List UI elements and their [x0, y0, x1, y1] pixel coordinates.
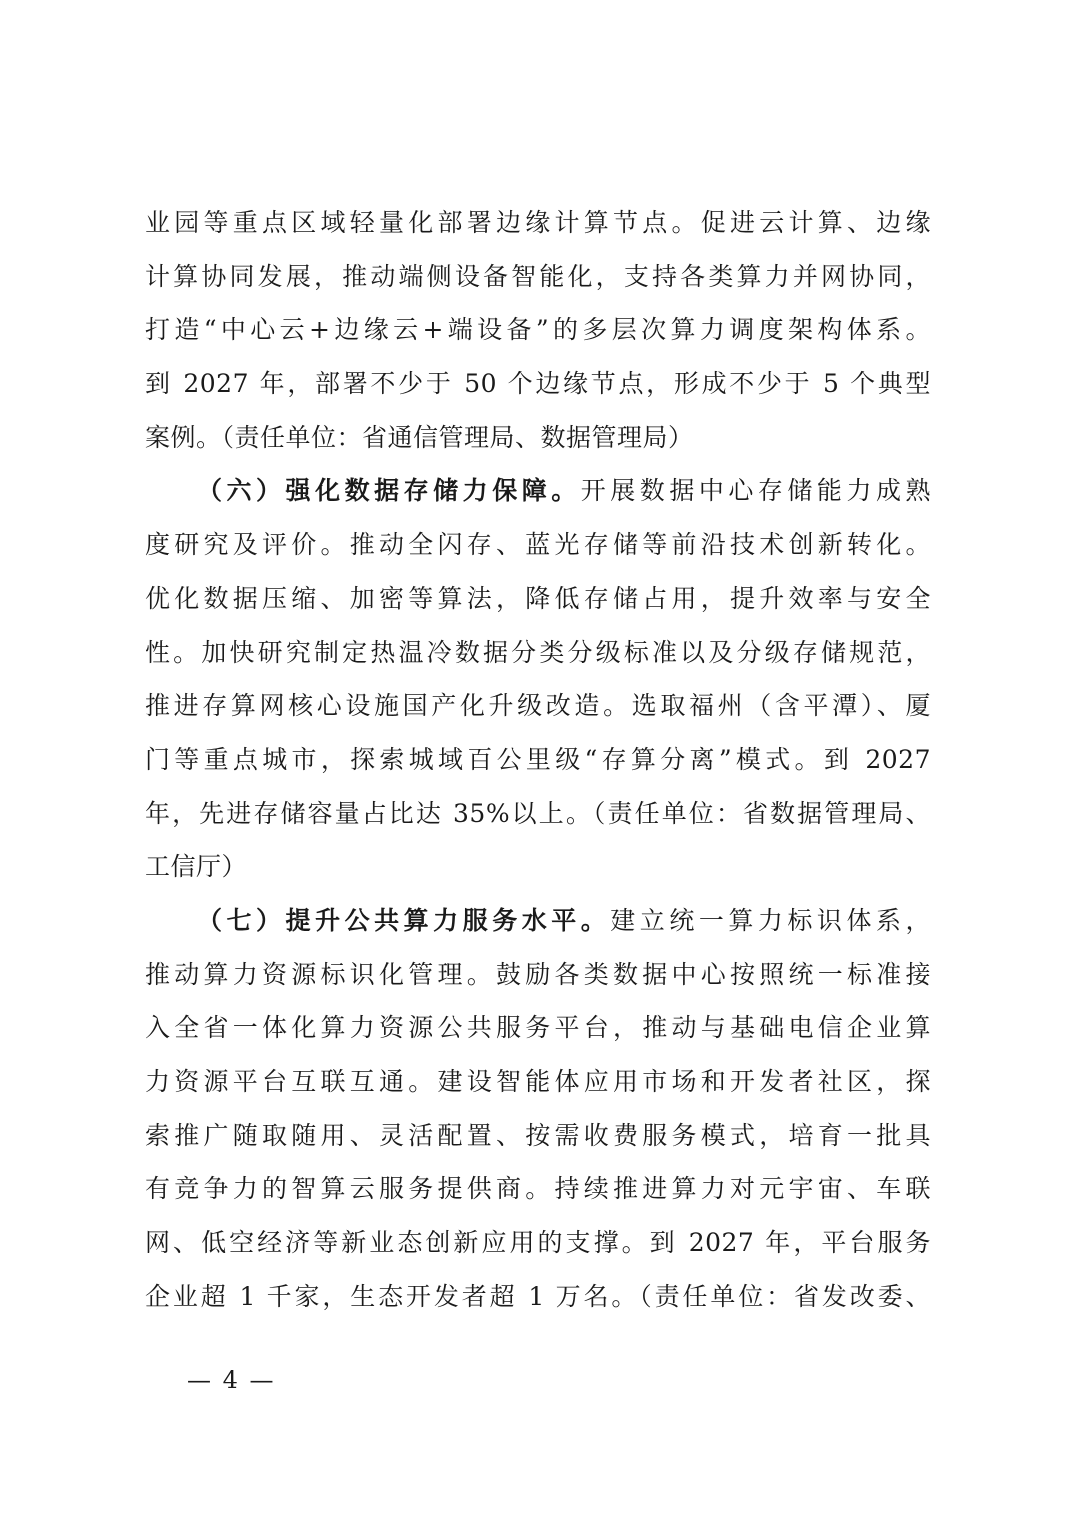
page-number: — 4 — — [187, 1366, 276, 1394]
section-7-first-line: （七）提升公共算力服务水平。建立统一算力标识体系， — [145, 894, 931, 948]
text-line: 计算协同发展，推动端侧设备智能化，支持各类算力并网协同， — [145, 250, 931, 304]
text-line: 网、低空经济等新业态创新应用的支撑。到 2027 年，平台服务 — [145, 1216, 931, 1270]
text-line: 业园等重点区域轻量化部署边缘计算节点。促进云计算、边缘 — [145, 196, 931, 250]
paragraph-intro: 业园等重点区域轻量化部署边缘计算节点。促进云计算、边缘 计算协同发展，推动端侧设… — [145, 196, 931, 464]
text-line: 索推广随取随用、灵活配置、按需收费服务模式，培育一批具 — [145, 1109, 931, 1163]
section-7-paragraph: （七）提升公共算力服务水平。建立统一算力标识体系， 推动算力资源标识化管理。鼓励… — [145, 894, 931, 1324]
text-line: 度研究及评价。推动全闪存、蓝光存储等前沿技术创新转化。 — [145, 518, 931, 572]
text-line: 入全省一体化算力资源公共服务平台，推动与基础电信企业算 — [145, 1001, 931, 1055]
text-line: 优化数据压缩、加密等算法，降低存储占用，提升效率与安全 — [145, 572, 931, 626]
text-line: 推动算力资源标识化管理。鼓励各类数据中心按照统一标准接 — [145, 948, 931, 1002]
text-line: 推进存算网核心设施国产化升级改造。选取福州（含平潭）、厦 — [145, 679, 931, 733]
section-7-first-line-text: 建立统一算力标识体系， — [610, 906, 931, 935]
text-line: 工信厅） — [145, 840, 931, 894]
text-line: 打造“中心云+边缘云+端设备”的多层次算力调度架构体系。 — [145, 303, 931, 357]
text-line: 到 2027 年，部署不少于 50 个边缘节点，形成不少于 5 个典型 — [145, 357, 931, 411]
text-line: 力资源平台互联互通。建设智能体应用市场和开发者社区，探 — [145, 1055, 931, 1109]
text-line: 门等重点城市，探索城域百公里级“存算分离”模式。到 2027 — [145, 733, 931, 787]
section-6-heading: （六）强化数据存储力保障。 — [197, 476, 581, 505]
text-line: 性。加快研究制定热温冷数据分类分级标准以及分级存储规范， — [145, 626, 931, 680]
text-line: 有竞争力的智算云服务提供商。持续推进算力对元宇宙、车联 — [145, 1162, 931, 1216]
section-6-paragraph: （六）强化数据存储力保障。开展数据中心存储能力成熟 度研究及评价。推动全闪存、蓝… — [145, 464, 931, 894]
section-6-first-line: （六）强化数据存储力保障。开展数据中心存储能力成熟 — [145, 464, 931, 518]
text-line: 企业超 1 千家，生态开发者超 1 万名。（责任单位：省发改委、 — [145, 1270, 931, 1324]
section-7-heading: （七）提升公共算力服务水平。 — [197, 906, 610, 935]
document-page: 业园等重点区域轻量化部署边缘计算节点。促进云计算、边缘 计算协同发展，推动端侧设… — [145, 196, 931, 1323]
text-line: 案例。（责任单位：省通信管理局、数据管理局） — [145, 411, 931, 465]
section-6-first-line-text: 开展数据中心存储能力成熟 — [581, 476, 931, 505]
text-line: 年，先进存储容量占比达 35%以上。（责任单位：省数据管理局、 — [145, 787, 931, 841]
